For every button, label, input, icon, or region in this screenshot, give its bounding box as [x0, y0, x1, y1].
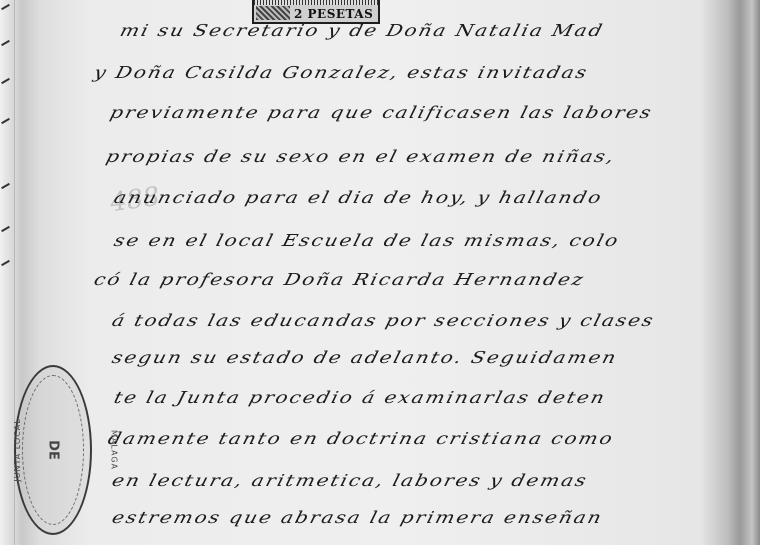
- text-line-7: có la profesora Doña Ricarda Hernandez: [92, 269, 587, 289]
- text-line-12: en lectura, aritmetica, labores y demas: [110, 470, 590, 490]
- oval-ink-seal: JUNTA LOCAL DE MALAGA: [14, 365, 92, 535]
- text-line-4: propias de su sexo en el examen de niñas…: [104, 146, 618, 166]
- text-line-2: y Doña Casilda Gonzalez, estas invitadas: [92, 62, 591, 82]
- text-line-3: previamente para que calificasen las lab…: [108, 102, 655, 122]
- text-line-9: segun su estado de adelanto. Seguidamen: [110, 347, 620, 367]
- text-line-5: anunciado para el dia de hoy, y hallando: [112, 187, 605, 207]
- seal-center-text: DE: [46, 440, 61, 460]
- seal-left-text: JUNTA LOCAL: [13, 418, 22, 481]
- text-line-13: estremos que abrasa la primera enseñan: [110, 507, 605, 527]
- text-line-11: damente tanto en doctrina cristiana como: [106, 428, 616, 448]
- seal-right-text: MALAGA: [109, 430, 118, 470]
- text-line-8: á todas las educandas por secciones y cl…: [110, 310, 657, 330]
- manuscript-page: 2 PESETAS 488 mi su Secretario y de Doña…: [0, 0, 760, 545]
- text-line-1: mi su Secretario y de Doña Natalia Mad: [118, 20, 606, 40]
- text-line-6: se en el local Escuela de las mismas, co…: [112, 230, 622, 250]
- text-line-10: te la Junta procedio á examinarlas deten: [112, 387, 608, 407]
